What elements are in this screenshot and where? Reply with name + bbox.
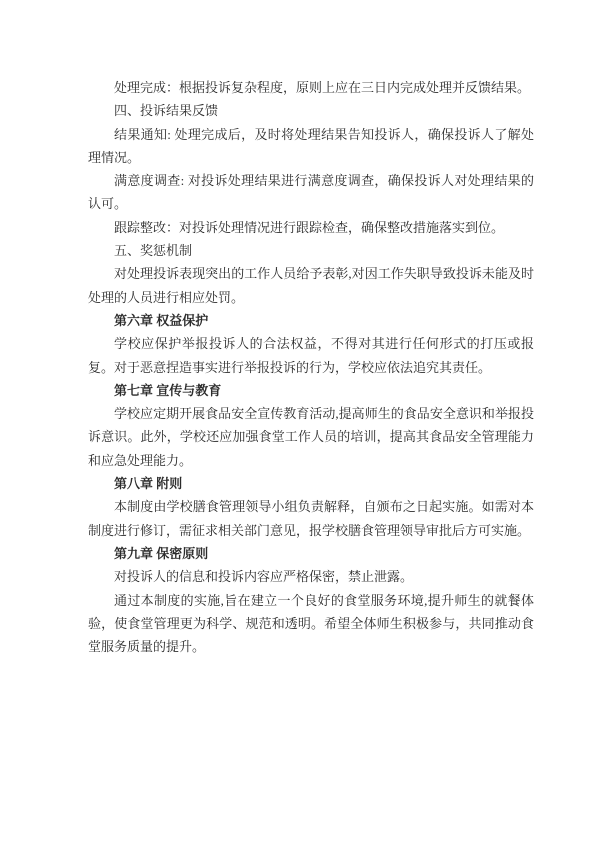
paragraph: 学校应定期开展食品安全宣传教育活动,提高师生的食品安全意识和举报投诉意识。此外，…	[88, 402, 534, 472]
chapter-heading: 第九章 保密原则	[88, 542, 534, 565]
paragraph: 学校应保护举报投诉人的合法权益，不得对其进行任何形式的打压或报复。对于恶意捏造事…	[88, 332, 534, 379]
paragraph: 通过本制度的实施,旨在建立一个良好的食堂服务环境,提升师生的就餐体验，使食堂管理…	[88, 589, 534, 659]
document-content: 处理完成：根据投诉复杂程度，原则上应在三日内完成处理并反馈结果。 四、投诉结果反…	[88, 76, 534, 658]
chapter-heading: 第七章 宣传与教育	[88, 379, 534, 402]
paragraph: 跟踪整改：对投诉处理情况进行跟踪检查，确保整改措施落实到位。	[88, 216, 534, 239]
document-page: 处理完成：根据投诉复杂程度，原则上应在三日内完成处理并反馈结果。 四、投诉结果反…	[0, 0, 600, 848]
paragraph: 结果通知: 处理完成后，及时将处理结果告知投诉人，确保投诉人了解处理情况。	[88, 123, 534, 170]
chapter-heading: 第六章 权益保护	[88, 309, 534, 332]
paragraph: 处理完成：根据投诉复杂程度，原则上应在三日内完成处理并反馈结果。	[88, 76, 534, 99]
chapter-heading: 第八章 附则	[88, 472, 534, 495]
paragraph: 本制度由学校膳食管理领导小组负责解释，自颁布之日起实施。如需对本制度进行修订，需…	[88, 495, 534, 542]
section-heading: 五、奖惩机制	[88, 239, 534, 262]
paragraph: 对投诉人的信息和投诉内容应严格保密，禁止泄露。	[88, 565, 534, 588]
paragraph: 满意度调查: 对投诉处理结果进行满意度调查，确保投诉人对处理结果的认可。	[88, 169, 534, 216]
paragraph: 对处理投诉表现突出的工作人员给予表彰,对因工作失职导致投诉未能及时处理的人员进行…	[88, 262, 534, 309]
section-heading: 四、投诉结果反馈	[88, 99, 534, 122]
